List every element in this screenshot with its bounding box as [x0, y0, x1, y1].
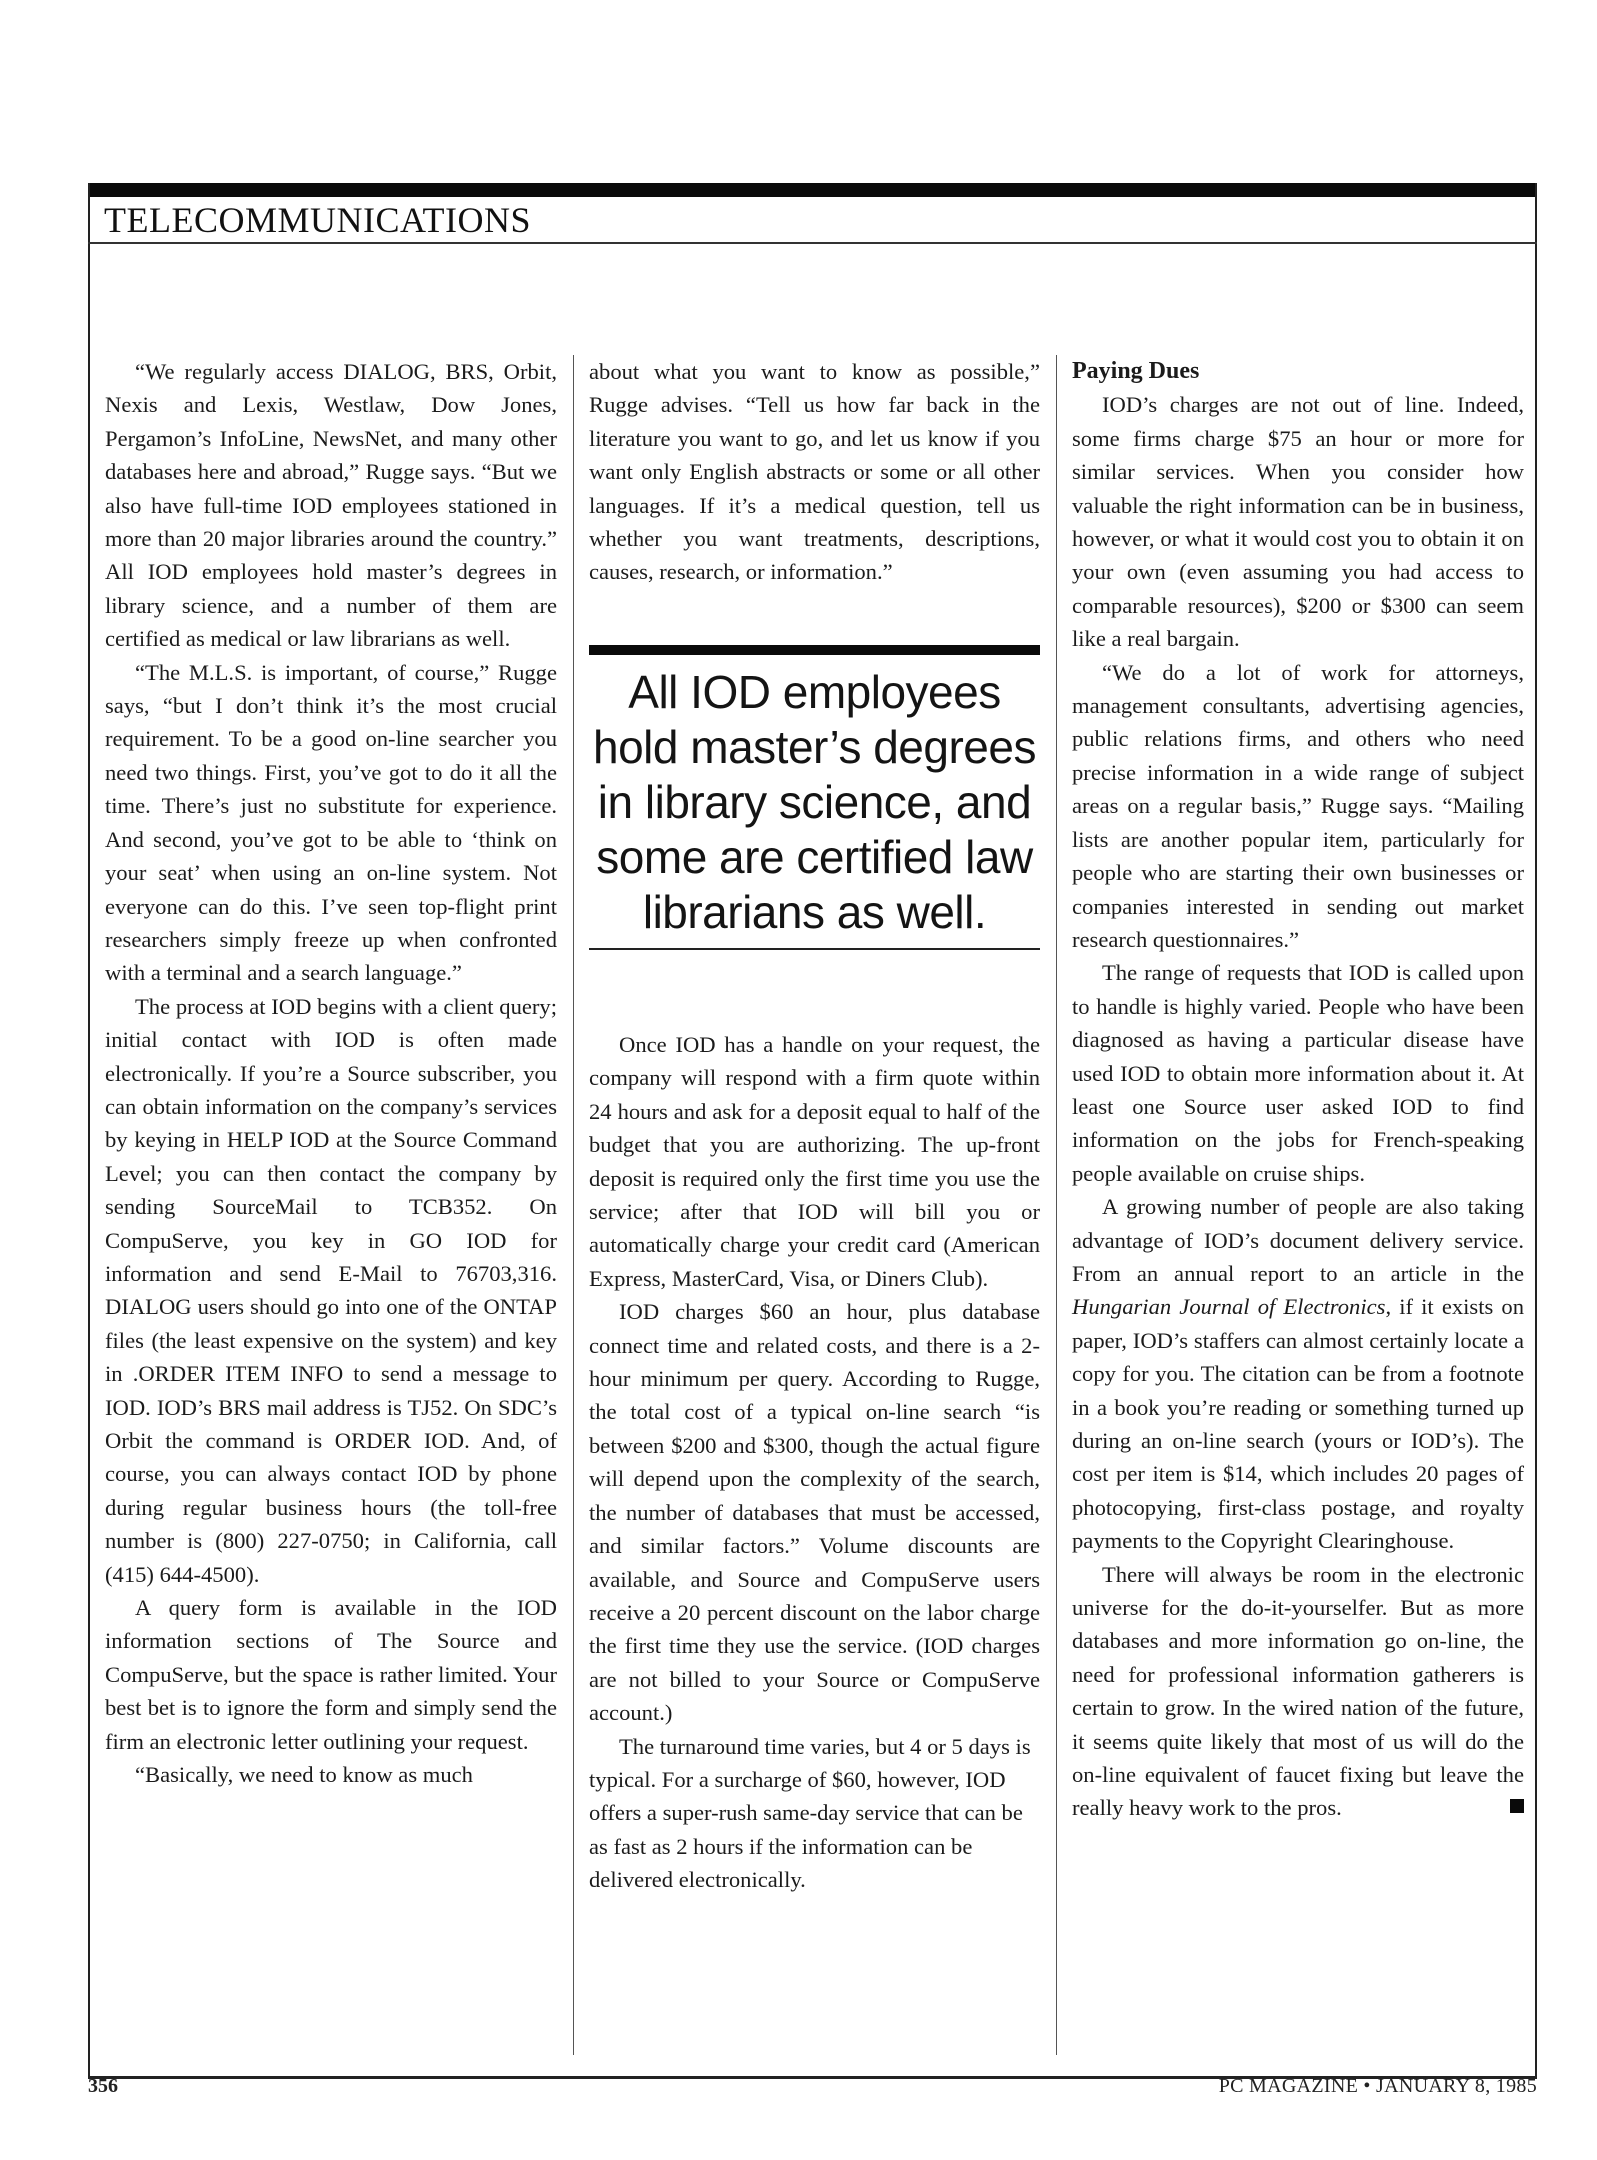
paragraph: A query form is available in the IOD inf… [105, 1591, 557, 1758]
column-divider [573, 355, 574, 2055]
page-number: 356 [88, 2075, 118, 2098]
paragraph: “We do a lot of work for attorneys, mana… [1072, 656, 1524, 957]
column-3: Paying Dues IOD’s charges are not out of… [1072, 355, 1524, 1825]
section-title: TELECOMMUNICATIONS [104, 198, 531, 242]
column-1: “We regularly access DIALOG, BRS, Orbit,… [105, 355, 557, 1791]
header-rule [88, 242, 1537, 244]
paragraph: “Basically, we need to know as much [105, 1758, 557, 1791]
publication-footer: PC MAGAZINE • JANUARY 8, 1985 [1219, 2075, 1537, 2098]
paragraph-final: There will always be room in the electro… [1072, 1558, 1524, 1825]
paragraph: IOD charges $60 an hour, plus database c… [589, 1295, 1040, 1729]
text-run: There will always be room in the electro… [1072, 1562, 1524, 1821]
journal-title: Hungarian Journal of Electronics [1072, 1294, 1385, 1319]
column-2-upper: about what you want to know as possible,… [589, 355, 1040, 589]
paragraph: “We regularly access DIALOG, BRS, Orbit,… [105, 355, 557, 656]
paragraph: A growing number of people are also taki… [1072, 1190, 1524, 1557]
pull-quote-top-rule [589, 645, 1040, 655]
subhead: Paying Dues [1072, 355, 1524, 388]
pull-quote: All IOD employees hold master’s degrees … [589, 645, 1040, 950]
column-divider [1056, 355, 1057, 2055]
paragraph-continued: about what you want to know as possible,… [589, 355, 1040, 589]
end-of-article-square-icon [1510, 1799, 1524, 1813]
pull-quote-text: All IOD employees hold master’s degrees … [589, 655, 1040, 948]
paragraph: IOD’s charges are not out of line. Indee… [1072, 388, 1524, 655]
paragraph: Once IOD has a handle on your request, t… [589, 1028, 1040, 1295]
pull-quote-bottom-rule [589, 948, 1040, 950]
text-run: A growing number of people are also taki… [1072, 1194, 1524, 1286]
paragraph: The turnaround time varies, but 4 or 5 d… [589, 1730, 1040, 1897]
paragraph: The range of requests that IOD is called… [1072, 956, 1524, 1190]
column-2-lower: Once IOD has a handle on your request, t… [589, 1028, 1040, 1897]
paragraph: “The M.L.S. is important, of course,” Ru… [105, 656, 557, 990]
paragraph: The process at IOD begins with a client … [105, 990, 557, 1591]
text-run: , if it exists on paper, IOD’s staffers … [1072, 1294, 1524, 1553]
